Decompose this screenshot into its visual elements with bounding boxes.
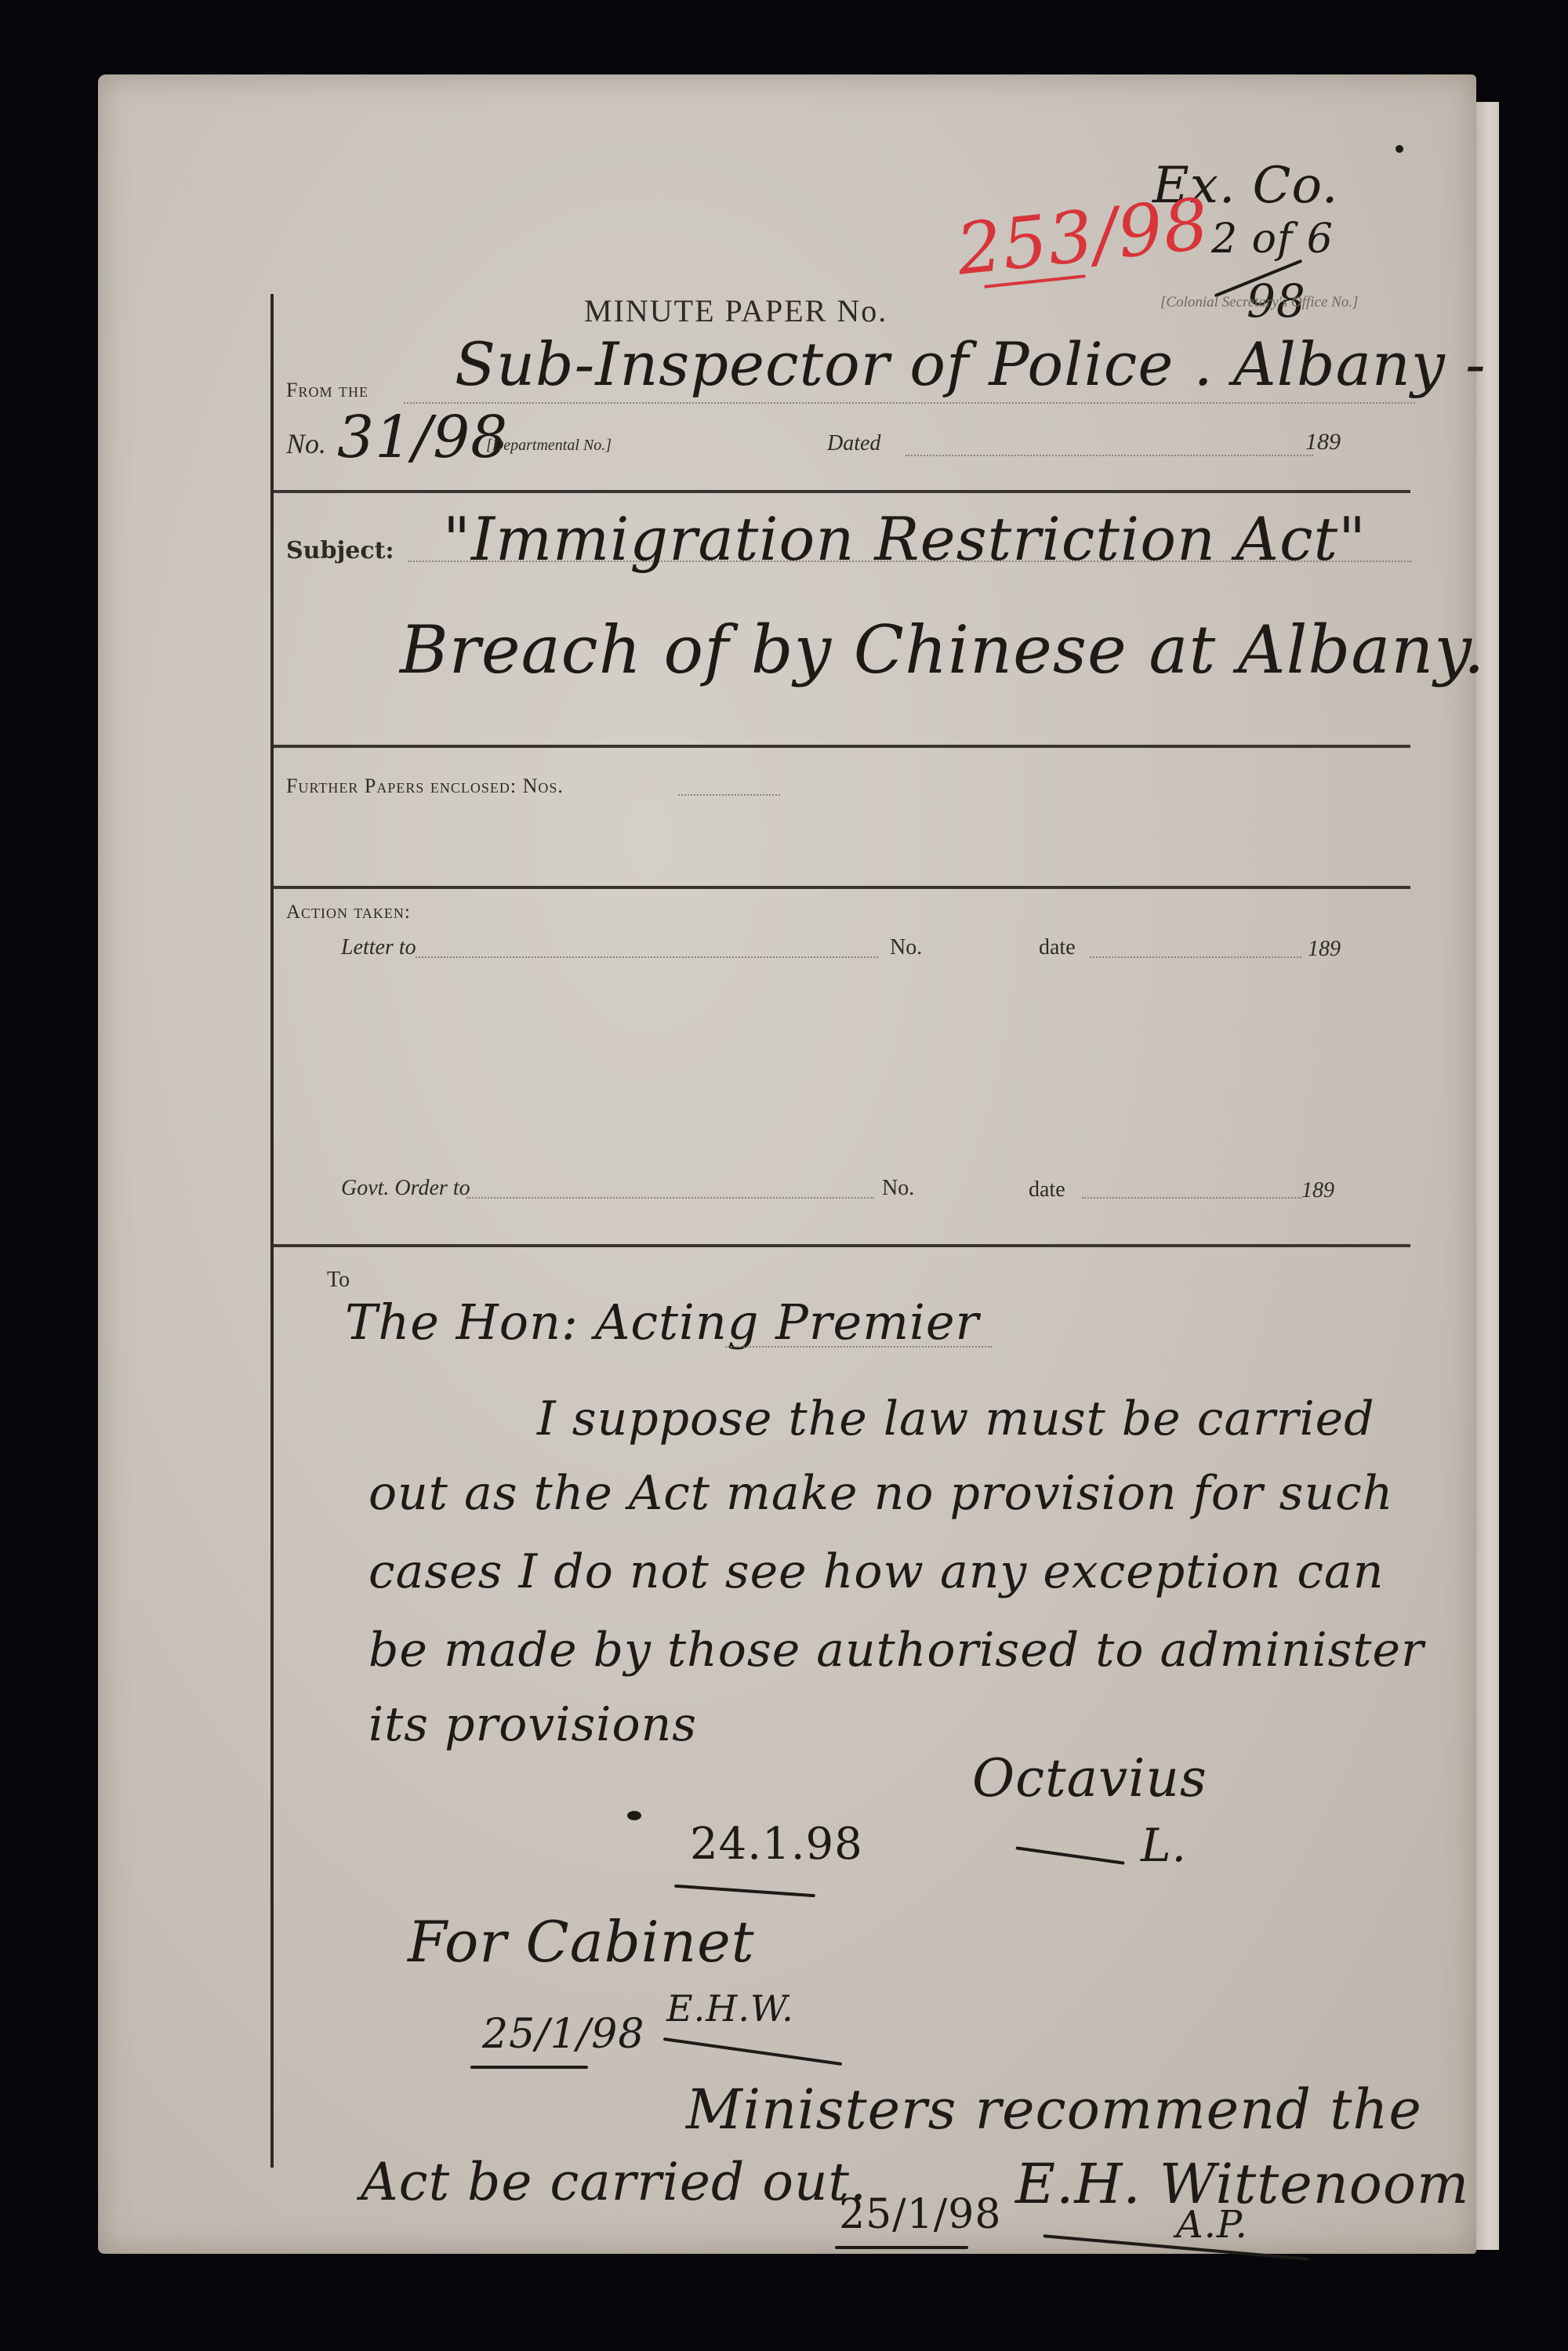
- to-label: To: [327, 1268, 350, 1293]
- letter-to-dotted-line: [416, 956, 878, 958]
- ink-blot: [627, 1811, 641, 1820]
- letter-date-label: date: [1039, 935, 1076, 960]
- recommendation-date-underline: [835, 2246, 968, 2249]
- from-label: From the: [286, 379, 368, 402]
- rule-after-header: [274, 490, 1410, 493]
- subject-line-1: "Immigration Restriction Act": [443, 504, 1367, 574]
- recommendation-date: 25/1/98: [839, 2191, 1001, 2238]
- letter-date-dotted-line: [1090, 956, 1301, 958]
- departmental-no-value: 31/98: [337, 404, 508, 471]
- letter-to-label: Letter to: [341, 935, 416, 960]
- further-papers-label: Further Papers enclosed: Nos.: [286, 775, 564, 798]
- colonial-secretary-label: [Colonial Secretary's Office No.]: [1160, 294, 1358, 311]
- action-taken-label: Action taken:: [286, 902, 411, 923]
- ink-dot: [1396, 145, 1403, 153]
- minute-paper-sheet: Ex. Co. 2 of 6 98 253/98 MINUTE PAPER No…: [98, 74, 1476, 2254]
- recommendation-line-1: Ministers recommend the: [686, 2077, 1422, 2142]
- letter-no-label: No.: [890, 935, 922, 960]
- rule-after-further-papers: [274, 886, 1410, 889]
- letter-year: 189: [1308, 937, 1341, 962]
- govt-year: 189: [1301, 1178, 1334, 1203]
- cabinet-date: 25/1/98: [482, 2011, 644, 2058]
- recommendation-line-2: Act be carried out.: [361, 2152, 867, 2212]
- minute-line-4: be made by those authorised to administe…: [368, 1623, 1425, 1678]
- departmental-no-label: No.: [286, 427, 326, 460]
- from-value: Sub-Inspector of Police . Albany -: [455, 329, 1486, 399]
- cabinet-note: For Cabinet: [408, 1909, 755, 1975]
- subject-line-2: Breach of by Chinese at Albany.: [400, 611, 1485, 688]
- minute-date-underline: [674, 1885, 815, 1898]
- minute-line-2: out as the Act make no provision for suc…: [368, 1466, 1393, 1521]
- cabinet-initials-flourish: [663, 2037, 842, 2066]
- rule-after-action-taken: [274, 1244, 1410, 1247]
- dated-label: Dated: [827, 431, 880, 456]
- departmental-no-caption: [Departmental No.]: [486, 437, 612, 455]
- form-title: MINUTE PAPER No.: [584, 292, 887, 329]
- govt-no-label: No.: [882, 1176, 914, 1201]
- left-margin-rule: [270, 294, 274, 2168]
- minute-line-3: cases I do not see how any exception can: [368, 1544, 1384, 1599]
- govt-order-dotted-line: [466, 1197, 874, 1199]
- from-dotted-line: [404, 402, 1415, 404]
- cabinet-initials: E.H.W.: [666, 1987, 794, 2030]
- signature-flourish: [1015, 1846, 1124, 1864]
- to-recipient: The Hon: Acting Premier: [345, 1293, 979, 1351]
- minute-date: 24.1.98: [690, 1819, 863, 1870]
- minute-signature-initials: L.: [1141, 1819, 1187, 1872]
- further-papers-dotted-line: [678, 794, 780, 796]
- to-dotted-line: [725, 1346, 992, 1348]
- underlying-sheet-edge: [1474, 102, 1499, 2250]
- dated-year: 189: [1305, 429, 1341, 455]
- govt-order-label: Govt. Order to: [341, 1176, 470, 1201]
- exco-fraction-top: 2 of 6: [1211, 216, 1334, 263]
- minute-line-5: its provisions: [368, 1697, 697, 1752]
- minute-line-1: I suppose the law must be carried: [537, 1391, 1375, 1446]
- recommendation-signature-suffix: A.P.: [1176, 2203, 1248, 2247]
- govt-date-label: date: [1029, 1177, 1065, 1203]
- govt-date-dotted-line: [1082, 1197, 1301, 1199]
- minute-signature: Octavius: [972, 1748, 1207, 1809]
- dated-dotted-line: [906, 455, 1313, 456]
- rule-after-subject: [274, 745, 1410, 748]
- subject-label: Subject:: [286, 537, 394, 564]
- cabinet-date-underline: [470, 2066, 588, 2069]
